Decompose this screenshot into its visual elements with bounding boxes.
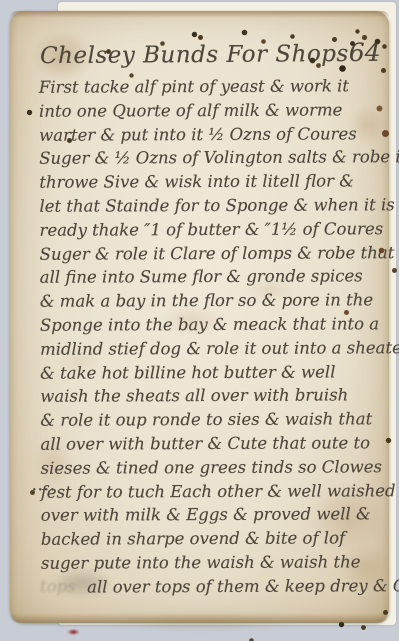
stain (70, 609, 330, 635)
manuscript-line: Sponge into the bay & meack that into a (40, 312, 385, 337)
manuscript-line: Suger & role it Clare of lomps & robe th… (40, 241, 385, 266)
manuscript-line: midlind stief dog & role it out into a s… (40, 336, 385, 361)
manuscript-line: & role it oup ronde to sies & waish that (40, 407, 385, 432)
manuscript-line: & mak a bay in the flor so & pore in the (40, 288, 385, 313)
manuscript-line: all over with butter & Cute that oute to (40, 431, 385, 456)
recipe-body: First tacke alf pint of yeast & work it … (39, 74, 386, 599)
manuscript-line: fest for to tuch Each other & well waish… (41, 479, 386, 504)
manuscript-line: over with milk & Eggs & proved well & (41, 503, 386, 528)
faded-word: tops (40, 577, 76, 596)
manuscript-line: let that Stainde for to Sponge & when it… (39, 193, 384, 218)
ink-dots-mark: ···· (32, 483, 56, 498)
manuscript-line: backed in sharpe ovend & bite of lof (41, 526, 386, 551)
manuscript-line: waish the sheats all over with bruish (40, 384, 385, 409)
manuscript-line: warter & put into it ½ Ozns of Coures (39, 122, 384, 147)
manuscript-line: Suger & ½ Ozns of Volington salts & robe… (39, 146, 384, 171)
red-ink-mark (66, 628, 81, 636)
manuscript-line: all fine into Sume flor & gronde spices (40, 265, 385, 290)
manuscript-line: throwe Sive & wisk into it litell flor & (39, 169, 384, 194)
title-row: Chelsey Bunds For Shops 64 (40, 38, 371, 69)
manuscript-line: sieses & tined one grees tinds so Clowes (41, 455, 386, 480)
manuscript-page: Chelsey Bunds For Shops 64 First tacke a… (10, 11, 389, 623)
recipe-title: Chelsey Bunds For Shops (40, 41, 349, 69)
manuscript-line: First tacke alf pint of yeast & work it (39, 74, 384, 99)
manuscript-line: all over tops of them & keep drey & Clai… (41, 574, 386, 599)
manuscript-line: & take hot billine hot butter & well (40, 360, 385, 385)
manuscript-line: ready thake ″1 of butter & ″1½ of Coures (39, 217, 384, 242)
page-number: 64 (349, 38, 381, 67)
manuscript-line: suger pute into the waish & waish the (41, 550, 386, 575)
manuscript-line: into one Quorte of alf milk & worme (39, 98, 384, 123)
foxing-spots (10, 11, 13, 14)
photo-of-manuscript: Chelsey Bunds For Shops 64 First tacke a… (0, 0, 399, 641)
